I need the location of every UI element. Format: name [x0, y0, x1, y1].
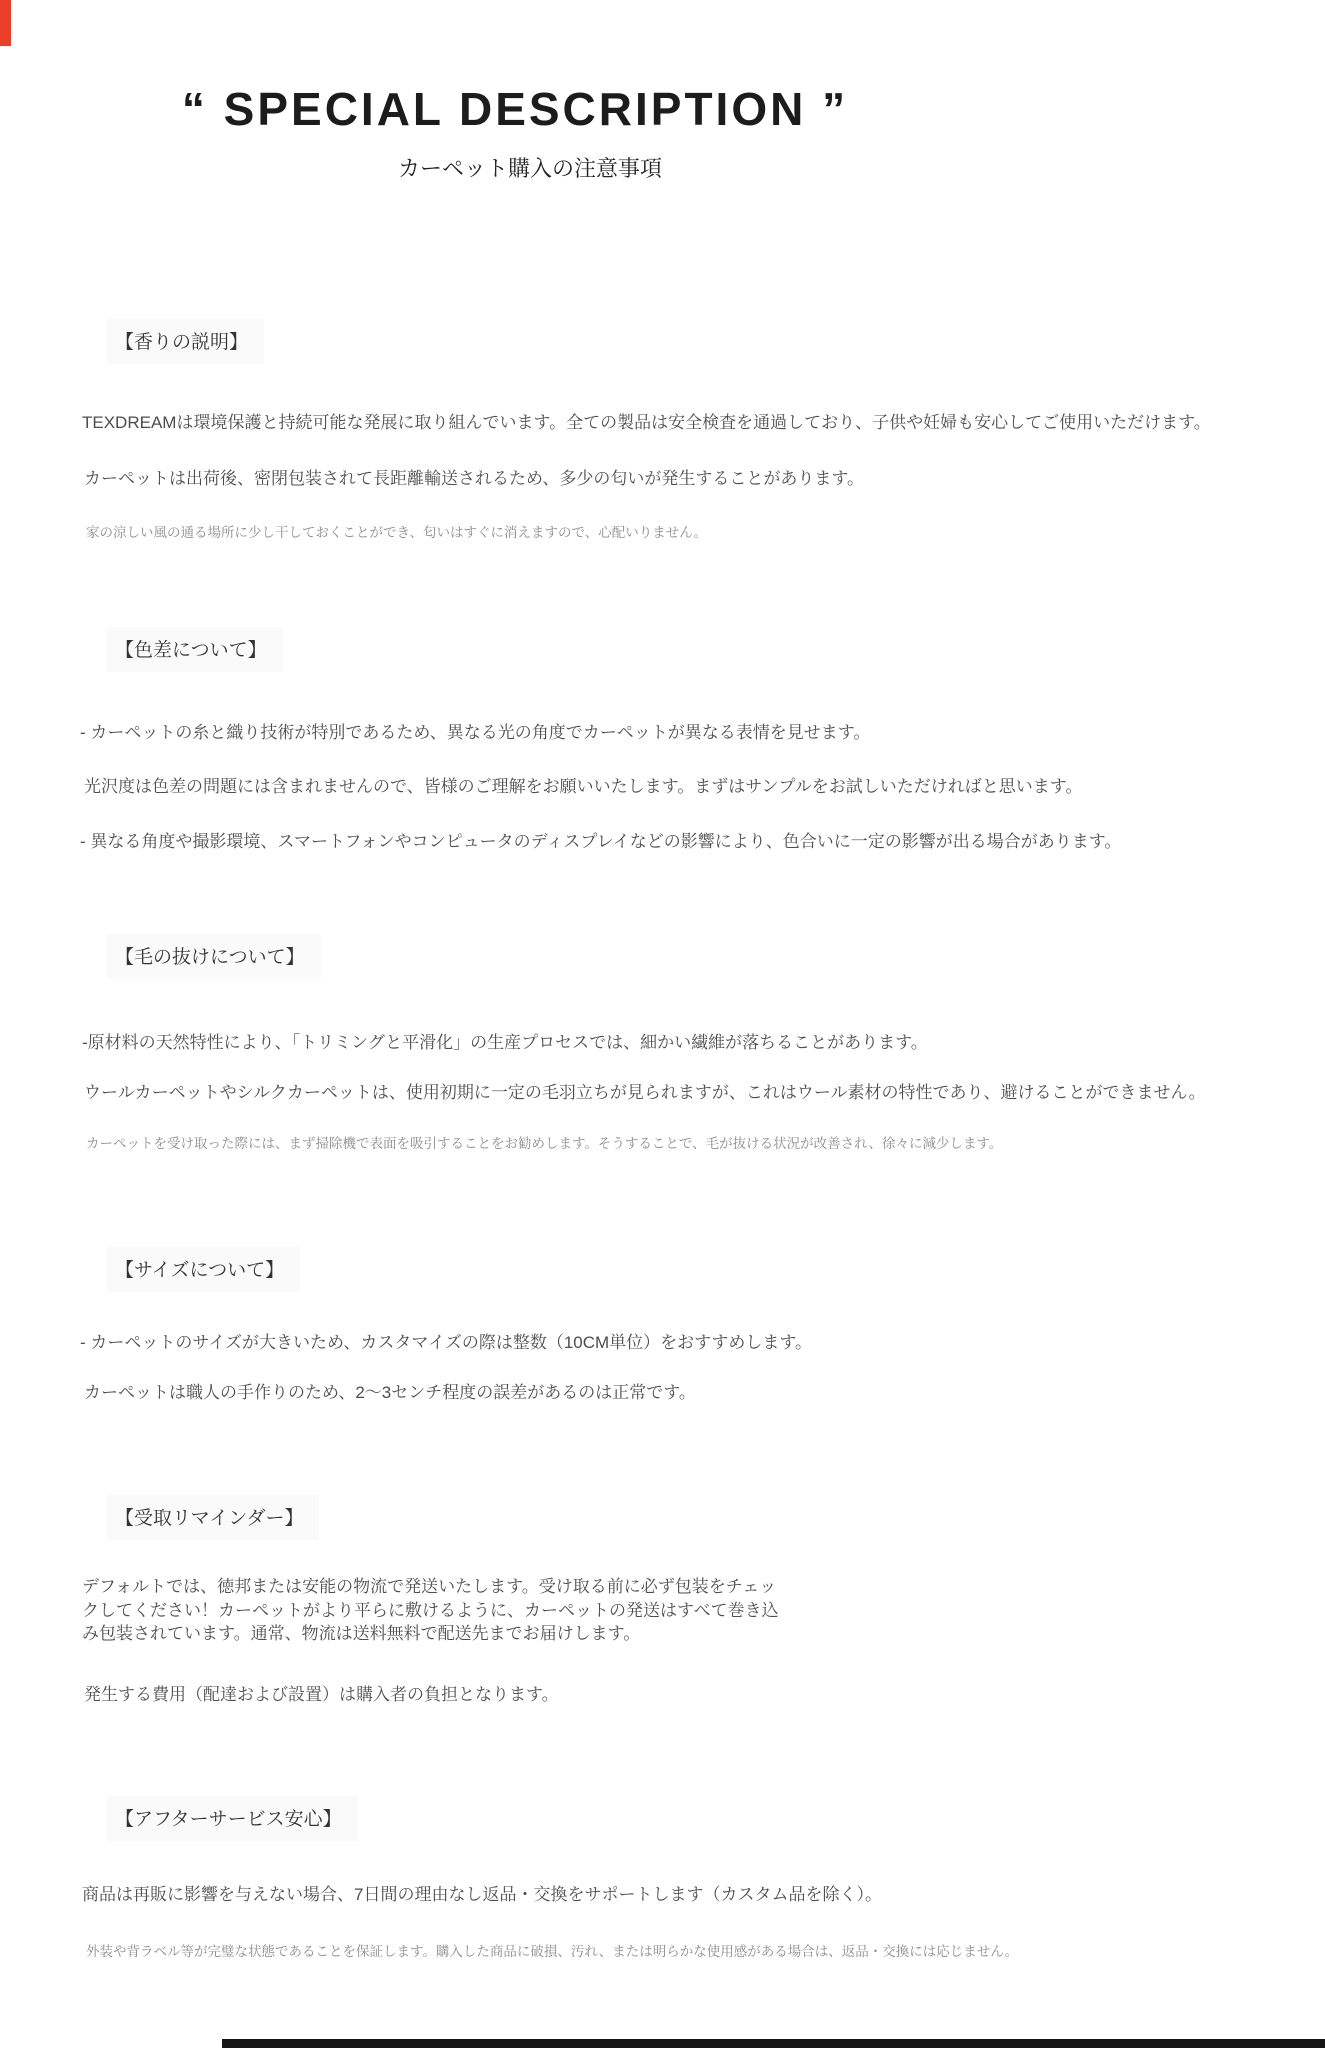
section-scent: 【香りの説明】	[107, 319, 264, 364]
page-title: “ SPECIAL DESCRIPTION ”	[0, 82, 1030, 136]
page-subtitle: カーペット購入の注意事項	[0, 152, 1060, 183]
section-shedding-line-1: -原材料の天然特性により、「トリミングと平滑化」の生産プロセスでは、細かい繊維が…	[82, 1028, 928, 1053]
section-delivery-cost-line: 発生する費用（配達および設置）は購入者の負担となります。	[84, 1680, 559, 1705]
section-scent-line-1: TEXDREAMは環境保護と持続可能な発展に取り組んでいます。全ての製品は安全検…	[82, 408, 1211, 433]
section-color-line-1: - カーペットの糸と織り技術が特別であるため、異なる光の角度でカーペットが異なる…	[80, 718, 870, 743]
section-scent-note: 家の涼しい風の通る場所に少し干しておくことができ、匂いはすぐに消えますので、心配…	[86, 521, 707, 541]
section-heading-size: 【サイズについて】	[107, 1247, 300, 1292]
section-size-line-2: カーペットは職人の手作りのため、2〜3センチ程度の誤差があるのは正常です。	[84, 1378, 696, 1403]
section-shedding-line-2: ウールカーペットやシルクカーペットは、使用初期に一定の毛羽立ちが見られますが、こ…	[84, 1078, 1206, 1103]
product-description-page: “ SPECIAL DESCRIPTION ” カーペット購入の注意事項 【香り…	[0, 0, 1325, 2048]
section-shedding-note: カーペットを受け取った際には、まず掃除機で表面を吸引することをお勧めします。そう…	[86, 1132, 1002, 1152]
section-size-line-1: - カーペットのサイズが大きいため、カスタマイズの際は整数（10CM単位）をおす…	[80, 1328, 812, 1353]
section-color-line-3: - 異なる角度や撮影環境、スマートフォンやコンピュータのディスプレイなどの影響に…	[80, 827, 1121, 852]
section-heading-delivery: 【受取リマインダー】	[107, 1495, 319, 1540]
section-size: 【サイズについて】	[107, 1247, 300, 1292]
section-aftercare-note: 外装や背ラベル等が完璧な状態であることを保証します。購入した商品に破損、汚れ、ま…	[86, 1940, 1018, 1960]
section-aftercare-line-1: 商品は再販に影響を与えない場合、7日間の理由なし返品・交換をサポートします（カス…	[82, 1880, 882, 1905]
next-image-edge	[222, 2039, 1325, 2048]
section-shedding: 【毛の抜けについて】	[107, 934, 321, 979]
section-delivery-paragraph: デフォルトでは、徳邦または安能の物流で発送いたします。受け取る前に必ず包装をチェ…	[82, 1575, 782, 1646]
section-heading-scent: 【香りの説明】	[107, 319, 264, 364]
section-heading-aftercare: 【アフターサービス安心】	[107, 1796, 358, 1841]
section-heading-color: 【色差について】	[107, 627, 283, 672]
section-color-line-2: 光沢度は色差の問題には含まれませんので、皆様のご理解をお願いいたします。まずはサ…	[84, 772, 1082, 797]
section-scent-line-2: カーペットは出荷後、密閉包装されて長距離輸送されるため、多少の匂いが発生すること…	[84, 464, 864, 489]
section-delivery: 【受取リマインダー】	[107, 1495, 319, 1540]
page-corner-accent	[0, 0, 11, 46]
section-aftercare: 【アフターサービス安心】	[107, 1796, 358, 1841]
section-heading-shedding: 【毛の抜けについて】	[107, 934, 321, 979]
section-color: 【色差について】	[107, 627, 283, 672]
